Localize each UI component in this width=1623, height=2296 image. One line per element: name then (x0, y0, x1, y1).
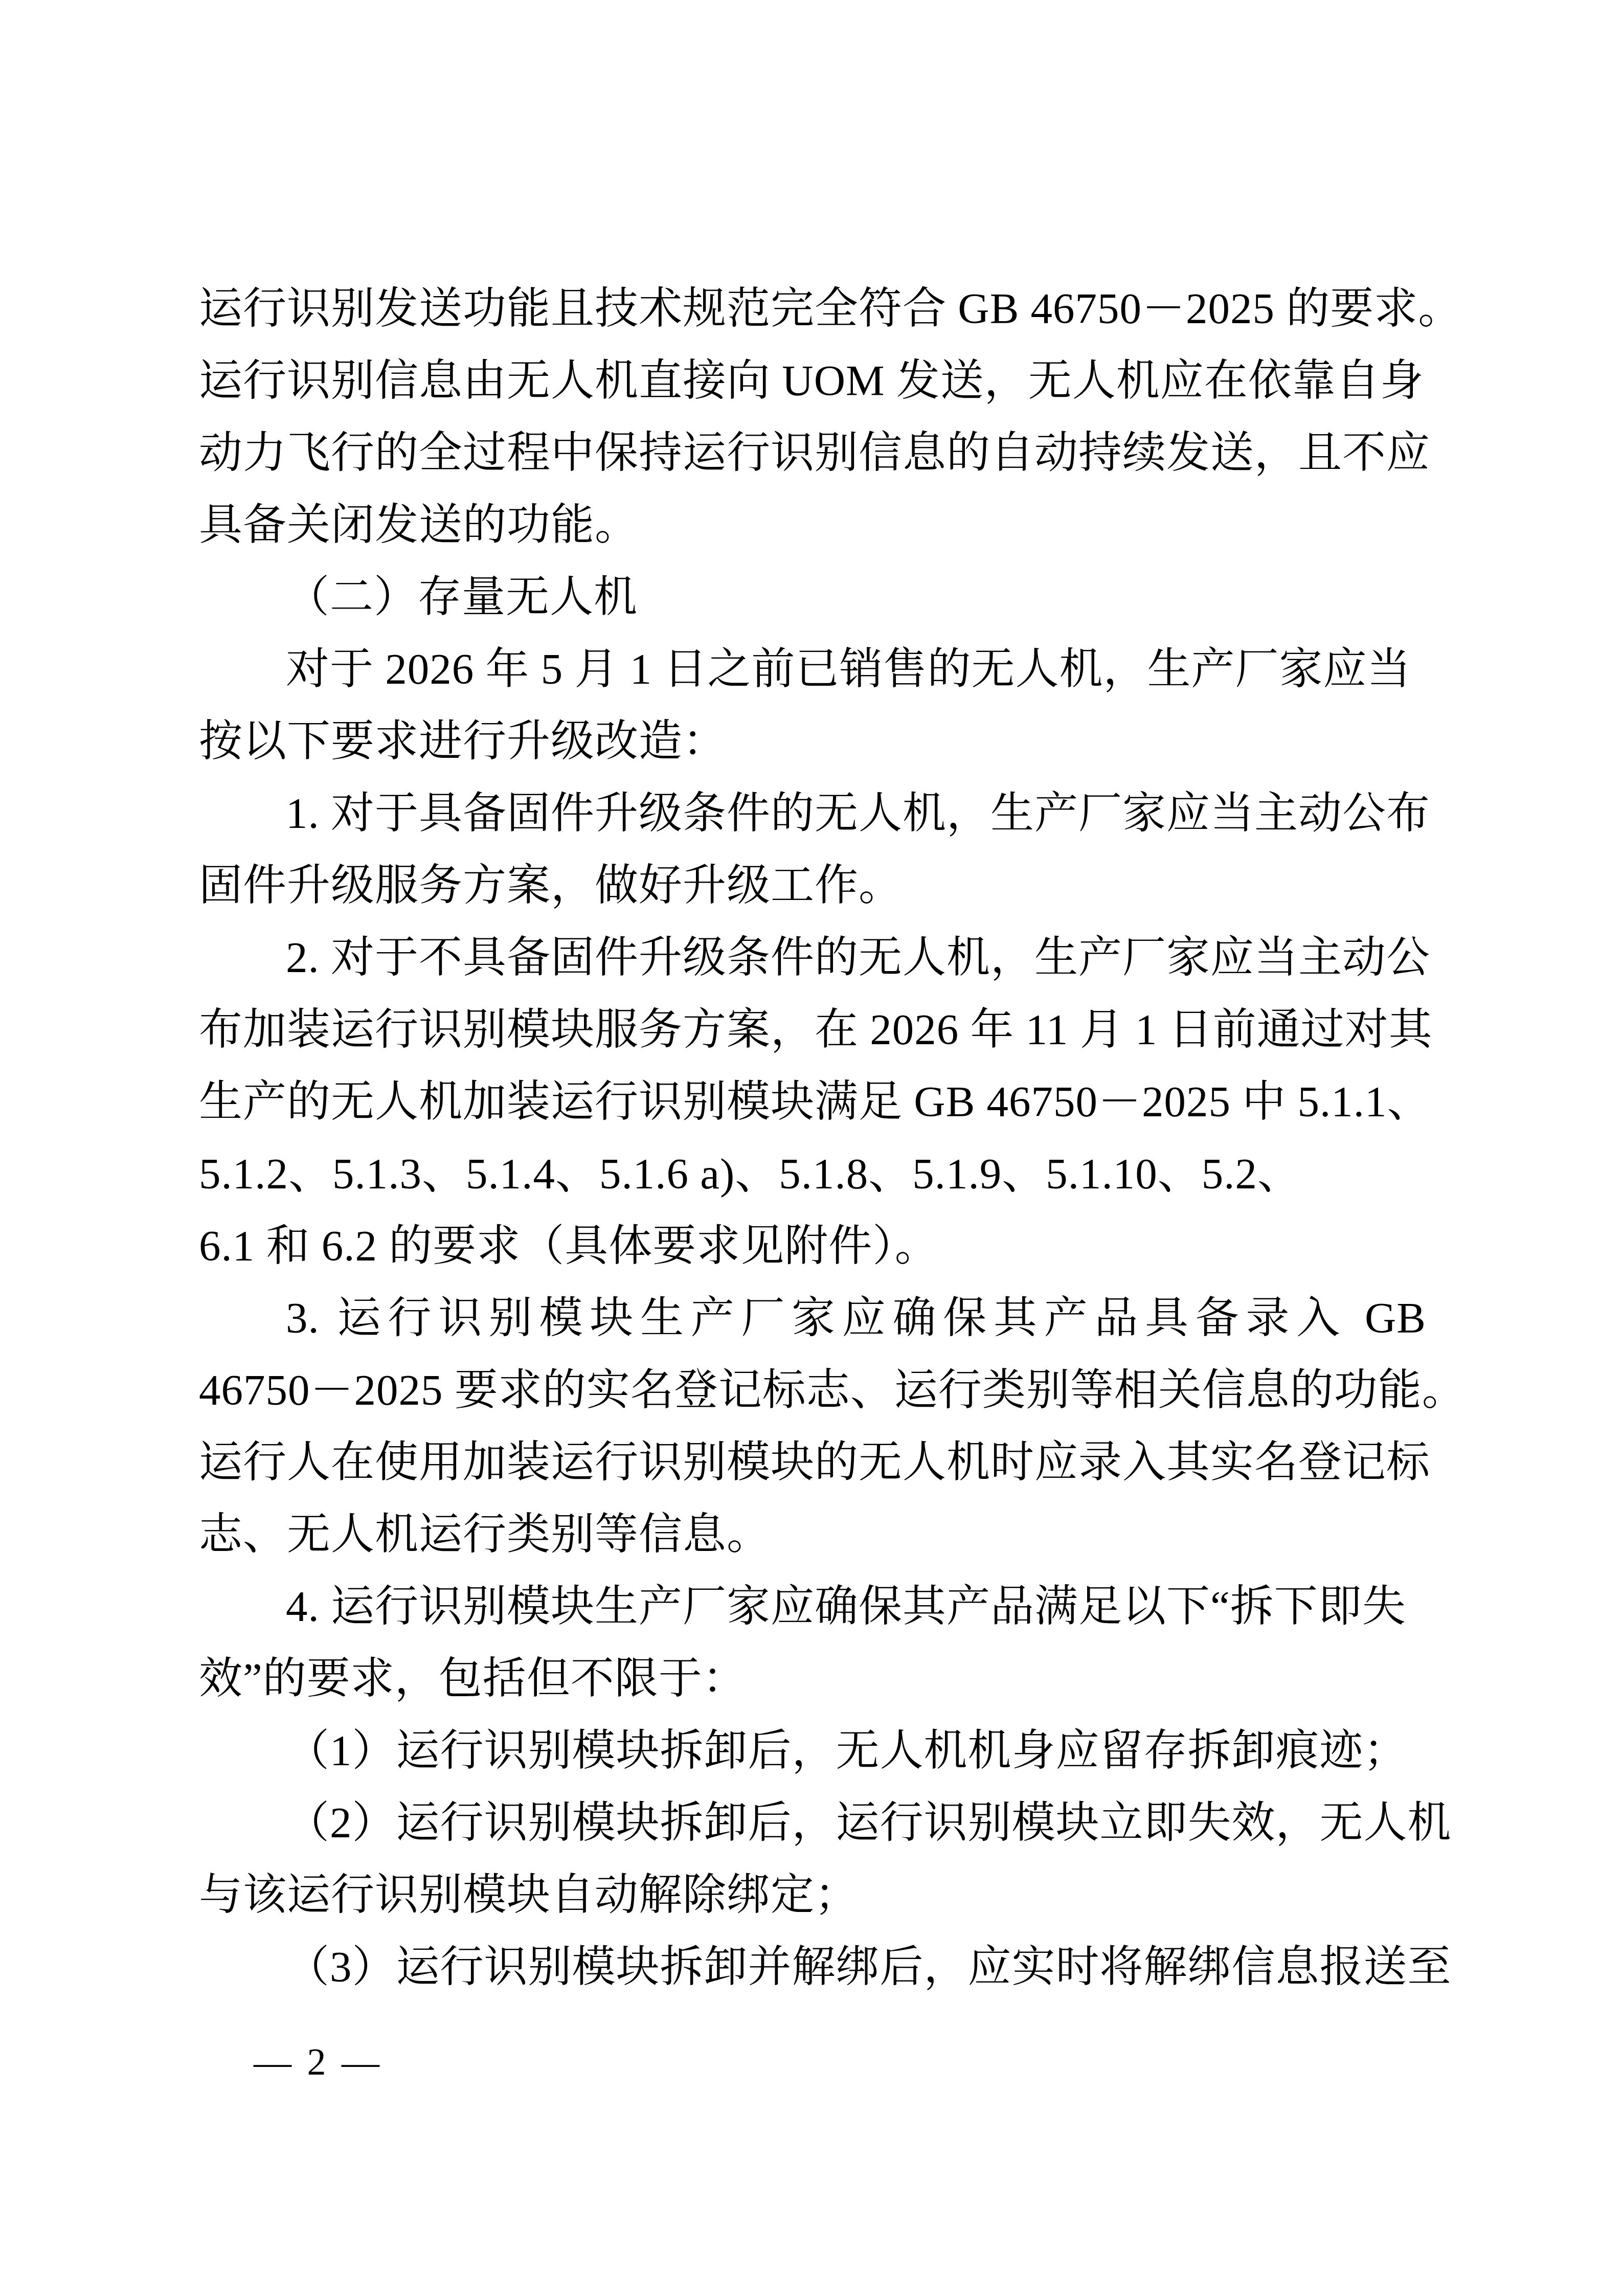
text-line: 运行识别信息由无人机直接向 UOM 发送，无人机应在依靠自身 (199, 345, 1427, 417)
text-line: 46750－2025 要求的实名登记标志、运行类别等相关信息的功能。 (199, 1355, 1427, 1427)
text-line: （1）运行识别模块拆卸后，无人机机身应留存拆卸痕迹； (199, 1715, 1427, 1787)
text-line: 具备关闭发送的功能。 (199, 489, 1427, 561)
text-line: 2. 对于不具备固件升级条件的无人机，生产厂家应当主动公 (199, 922, 1427, 994)
text-line: 3. 运行识别模块生产厂家应确保其产品具备录入 GB (199, 1282, 1427, 1355)
text-line: 与该运行识别模块自动解除绑定； (199, 1859, 1427, 1931)
section-heading: （二）存量无人机 (199, 561, 1427, 634)
text-line: 运行识别发送功能且技术规范完全符合 GB 46750－2025 的要求。 (199, 273, 1427, 345)
text-line: 效”的要求，包括但不限于： (199, 1643, 1427, 1715)
text-line: 生产的无人机加装运行识别模块满足 GB 46750－2025 中 5.1.1、 (199, 1066, 1427, 1138)
text-line: （3）运行识别模块拆卸并解绑后，应实时将解绑信息报送至 (199, 1931, 1427, 2004)
text-line: 6.1 和 6.2 的要求（具体要求见附件）。 (199, 1210, 1427, 1282)
document-body: 运行识别发送功能且技术规范完全符合 GB 46750－2025 的要求。运行识别… (199, 273, 1427, 2004)
text-line: 按以下要求进行升级改造： (199, 706, 1427, 778)
text-line: 1. 对于具备固件升级条件的无人机，生产厂家应当主动公布 (199, 778, 1427, 850)
text-line: （2）运行识别模块拆卸后，运行识别模块立即失效，无人机 (199, 1787, 1427, 1859)
text-line: 4. 运行识别模块生产厂家应确保其产品满足以下“拆下即失 (199, 1571, 1427, 1643)
text-line: 固件升级服务方案，做好升级工作。 (199, 850, 1427, 922)
text-line: 5.1.2、5.1.3、5.1.4、5.1.6 a)、5.1.8、5.1.9、5… (199, 1138, 1427, 1210)
page-number: — 2 — (254, 2034, 382, 2090)
text-line: 布加装运行识别模块服务方案，在 2026 年 11 月 1 日前通过对其 (199, 994, 1427, 1066)
text-line: 运行人在使用加装运行识别模块的无人机时应录入其实名登记标 (199, 1427, 1427, 1499)
text-line: 对于 2026 年 5 月 1 日之前已销售的无人机，生产厂家应当 (199, 634, 1427, 706)
document-page: 运行识别发送功能且技术规范完全符合 GB 46750－2025 的要求。运行识别… (0, 0, 1623, 2296)
text-line: 志、无人机运行类别等信息。 (199, 1499, 1427, 1571)
text-line: 动力飞行的全过程中保持运行识别信息的自动持续发送，且不应 (199, 417, 1427, 489)
